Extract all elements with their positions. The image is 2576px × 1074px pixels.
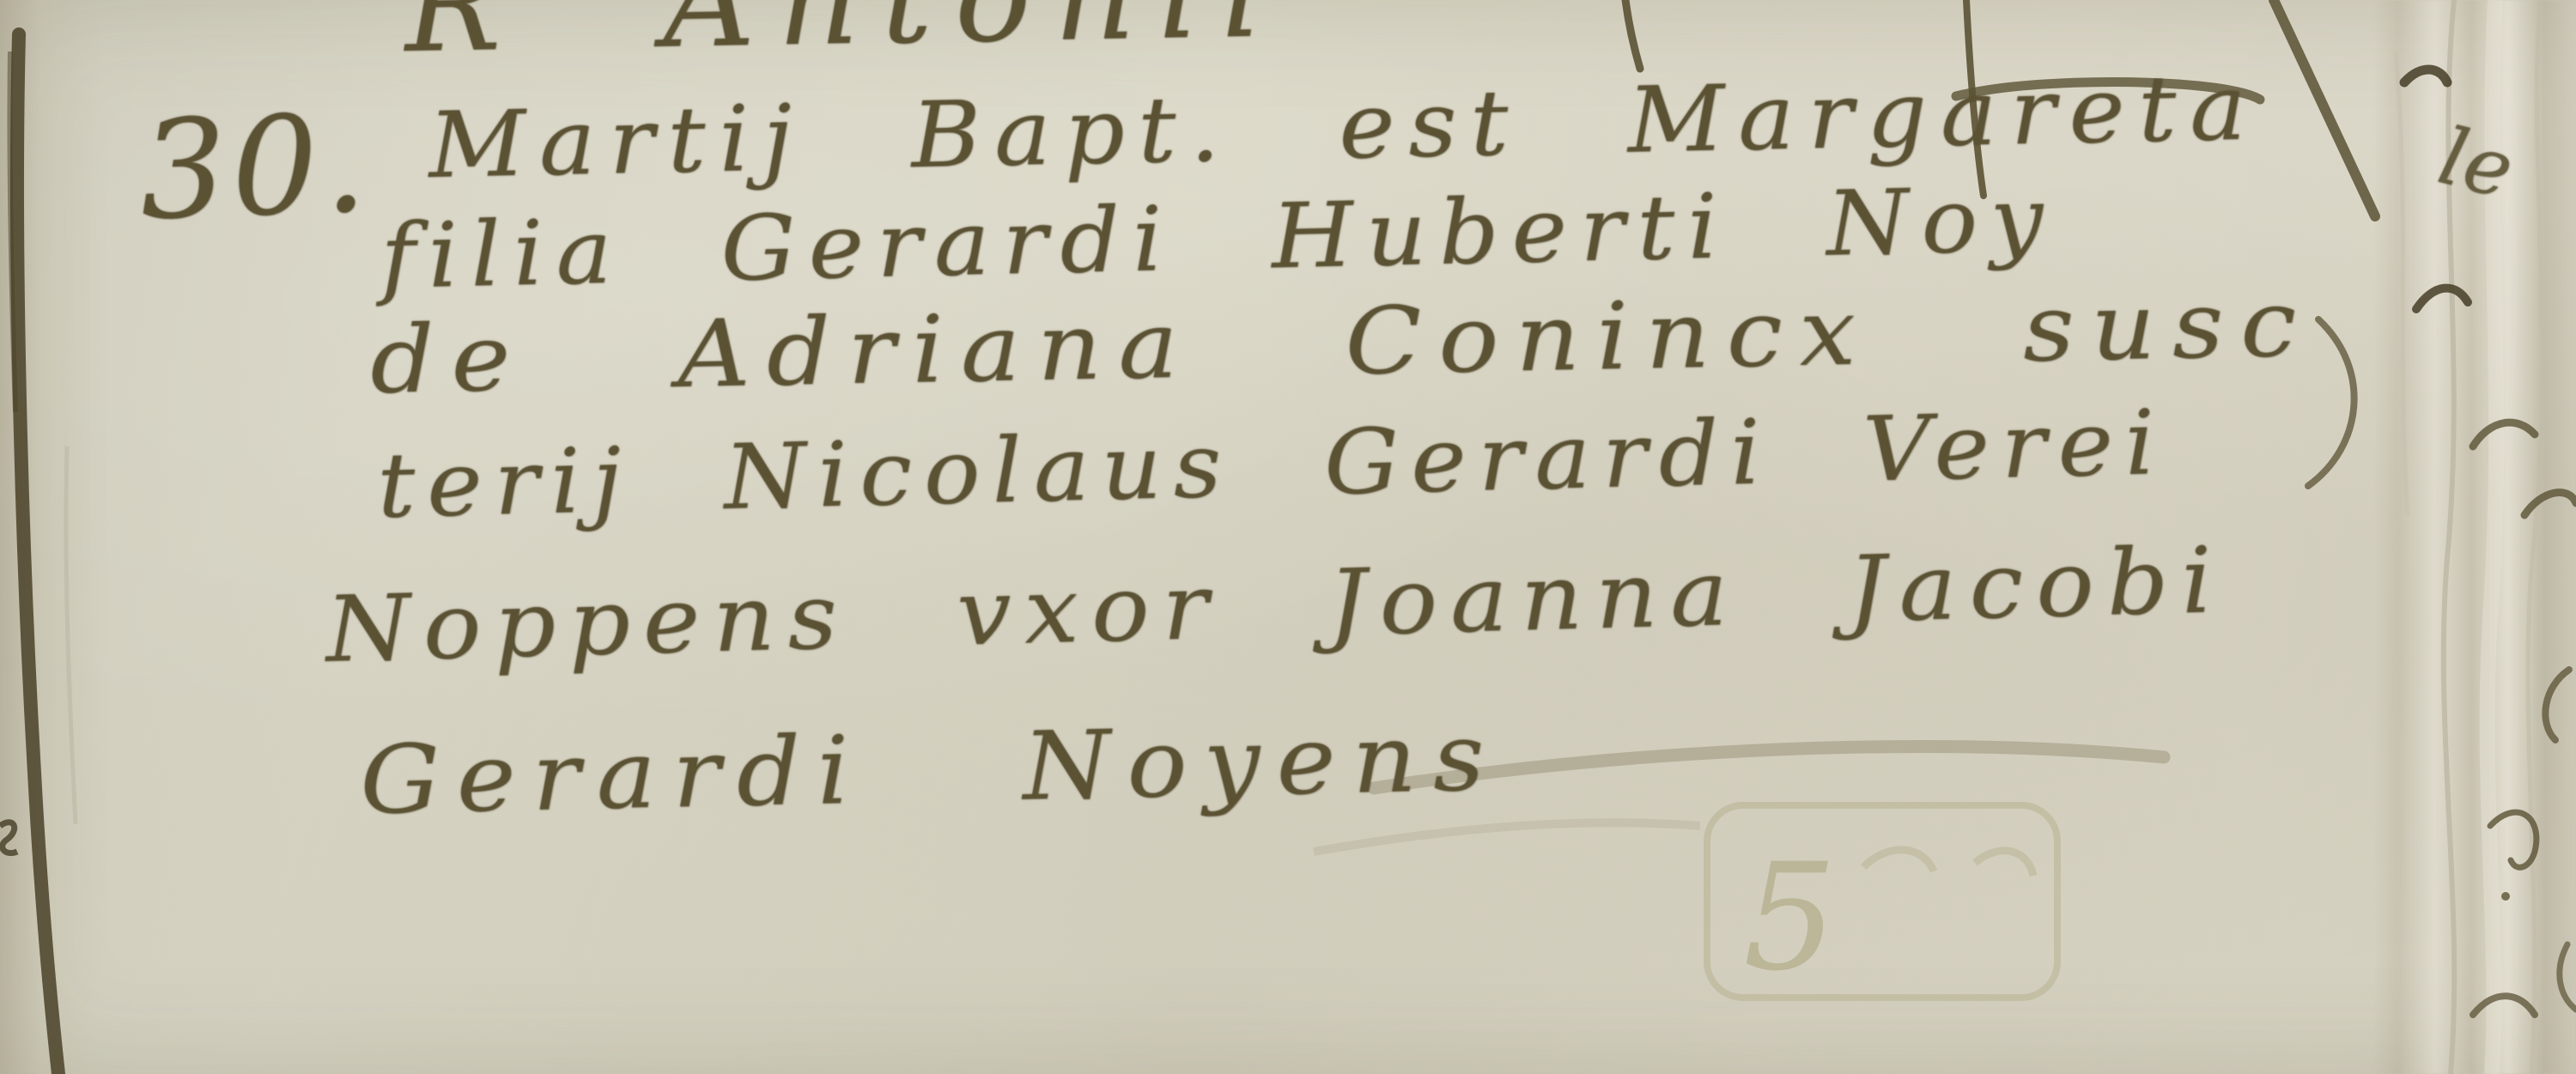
left-edge-ink-fragment bbox=[0, 822, 17, 853]
top-descender-stroke bbox=[1625, 0, 1640, 69]
fold-crease bbox=[2396, 52, 2408, 515]
top-diagonal-stroke bbox=[2274, 0, 2375, 216]
graphite-smudge-faint bbox=[1314, 822, 1700, 852]
fold-crease bbox=[2528, 0, 2542, 1074]
fold-ink-fragment bbox=[2560, 944, 2576, 1010]
binding-edge-line bbox=[17, 34, 58, 1074]
fold-ink-fragment bbox=[2473, 996, 2535, 1015]
fold-ink-fragment bbox=[2473, 422, 2535, 446]
fold-ink-fragment bbox=[2524, 493, 2576, 515]
manuscript-photo: 5 R Antonii 30. Martij Bapt. est Margare… bbox=[0, 0, 2576, 1074]
stamp-number: 5 bbox=[1743, 831, 1837, 1004]
fold-ink-fragment bbox=[2416, 288, 2468, 309]
left-crease bbox=[66, 446, 76, 824]
fold-ink-fragment bbox=[2545, 670, 2569, 740]
entry-margin-date: 30. bbox=[137, 85, 374, 251]
fold-ink-dot bbox=[2501, 892, 2510, 901]
fold-ink-fragment bbox=[2404, 70, 2447, 82]
susc-flourish bbox=[2308, 319, 2354, 486]
stamp-worn-marks bbox=[1863, 850, 2033, 876]
